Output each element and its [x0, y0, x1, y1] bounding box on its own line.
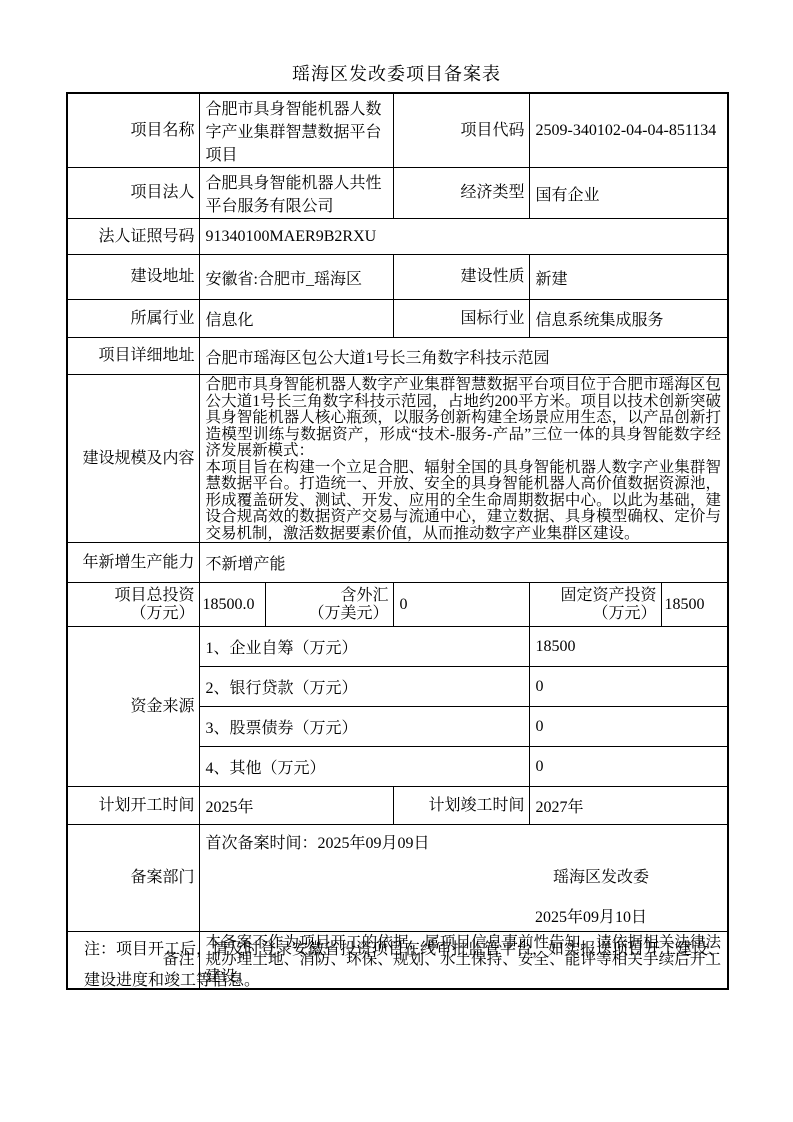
plan-start-label: 计划开工时间 [67, 787, 199, 825]
detail-address-value: 合肥市瑶海区包公大道1号长三角数字科技示范园 [199, 338, 728, 375]
total-investment-label: 项目总投资 （万元） [67, 583, 199, 627]
new-capacity-label: 年新增生产能力 [67, 543, 199, 583]
foreign-exchange-label: 含外汇 （万美元） [265, 583, 393, 627]
table-row: 计划开工时间 2025年 计划竣工时间 2027年 [67, 787, 728, 825]
legal-person-label: 项目法人 [67, 168, 199, 219]
page-title: 瑶海区发改委项目备案表 [0, 60, 793, 86]
plan-complete-value: 2027年 [529, 787, 728, 825]
detail-address-label: 项目详细地址 [67, 338, 199, 375]
funding-item-name: 1、企业自筹（万元） [199, 627, 529, 667]
filing-form-table: 项目名称 合肥市具身智能机器人数字产业集群智慧数据平台项目 项目代码 2509-… [66, 92, 729, 990]
fixed-asset-investment-label: 固定资产投资 （万元） [529, 583, 661, 627]
funding-item-value: 0 [529, 747, 728, 787]
plan-complete-label: 计划竣工时间 [393, 787, 529, 825]
table-row: 项目总投资 （万元） 18500.0 含外汇 （万美元） 0 固定资产投资 （万… [67, 583, 728, 627]
table-row: 建设规模及内容 合肥市具身智能机器人数字产业集群智慧数据平台项目位于合肥市瑶海区… [67, 375, 728, 543]
new-capacity-value: 不新增产能 [199, 543, 728, 583]
funding-source-label: 资金来源 [67, 627, 199, 787]
funding-item-value: 18500 [529, 627, 728, 667]
industry-value: 信息化 [199, 300, 393, 338]
table-row: 备案部门 首次备案时间：2025年09月09日 瑶海区发改委 2025年09月1… [67, 825, 728, 932]
industry-label: 所属行业 [67, 300, 199, 338]
filing-department-name: 瑶海区发改委 [206, 864, 722, 887]
table-row: 资金来源 1、企业自筹（万元） 18500 [67, 627, 728, 667]
footer-note: 注：项目开工后，请及时登录安徽省投资项目在线审批监管平台，如实报送项目开工建设、… [84, 934, 730, 996]
national-industry-label: 国标行业 [393, 300, 529, 338]
economy-type-label: 经济类型 [393, 168, 529, 219]
table-row: 年新增生产能力 不新增产能 [67, 543, 728, 583]
funding-item-value: 0 [529, 667, 728, 707]
funding-item-value: 0 [529, 707, 728, 747]
table-row: 法人证照号码 91340100MAER9B2RXU [67, 219, 728, 255]
funding-item-name: 4、其他（万元） [199, 747, 529, 787]
first-filing-time: 首次备案时间：2025年09月09日 [206, 830, 722, 853]
scale-content-label: 建设规模及内容 [67, 375, 199, 543]
filing-department-cell: 首次备案时间：2025年09月09日 瑶海区发改委 2025年09月10日 [199, 825, 728, 932]
table-row: 建设地址 安徽省:合肥市_瑶海区 建设性质 新建 [67, 255, 728, 300]
license-no-label: 法人证照号码 [67, 219, 199, 255]
build-nature-value: 新建 [529, 255, 728, 300]
build-address-label: 建设地址 [67, 255, 199, 300]
scale-content-value: 合肥市具身智能机器人数字产业集群智慧数据平台项目位于合肥市瑶海区包公大道1号长三… [199, 375, 728, 543]
project-name-value: 合肥市具身智能机器人数字产业集群智慧数据平台项目 [199, 93, 393, 168]
project-code-value: 2509-340102-04-04-851134 [529, 93, 728, 168]
license-no-value: 91340100MAER9B2RXU [199, 219, 728, 255]
build-address-value: 安徽省:合肥市_瑶海区 [199, 255, 393, 300]
economy-type-value: 国有企业 [529, 168, 728, 219]
funding-item-name: 3、股票债券（万元） [199, 707, 529, 747]
total-investment-value: 18500.0 [199, 583, 265, 627]
legal-person-value: 合肥具身智能机器人共性平台服务有限公司 [199, 168, 393, 219]
project-code-label: 项目代码 [393, 93, 529, 168]
plan-start-value: 2025年 [199, 787, 393, 825]
national-industry-value: 信息系统集成服务 [529, 300, 728, 338]
document-page: 瑶海区发改委项目备案表 项目名称 合肥市具身智能机器人数字产业集群智慧数据平台项… [0, 0, 793, 1122]
foreign-exchange-value: 0 [393, 583, 529, 627]
build-nature-label: 建设性质 [393, 255, 529, 300]
fixed-asset-investment-value: 18500 [661, 583, 728, 627]
funding-item-name: 2、银行贷款（万元） [199, 667, 529, 707]
table-row: 项目名称 合肥市具身智能机器人数字产业集群智慧数据平台项目 项目代码 2509-… [67, 93, 728, 168]
project-name-label: 项目名称 [67, 93, 199, 168]
table-row: 项目详细地址 合肥市瑶海区包公大道1号长三角数字科技示范园 [67, 338, 728, 375]
table-row: 项目法人 合肥具身智能机器人共性平台服务有限公司 经济类型 国有企业 [67, 168, 728, 219]
table-row: 所属行业 信息化 国标行业 信息系统集成服务 [67, 300, 728, 338]
filing-department-label: 备案部门 [67, 825, 199, 932]
filing-date: 2025年09月10日 [206, 904, 722, 927]
